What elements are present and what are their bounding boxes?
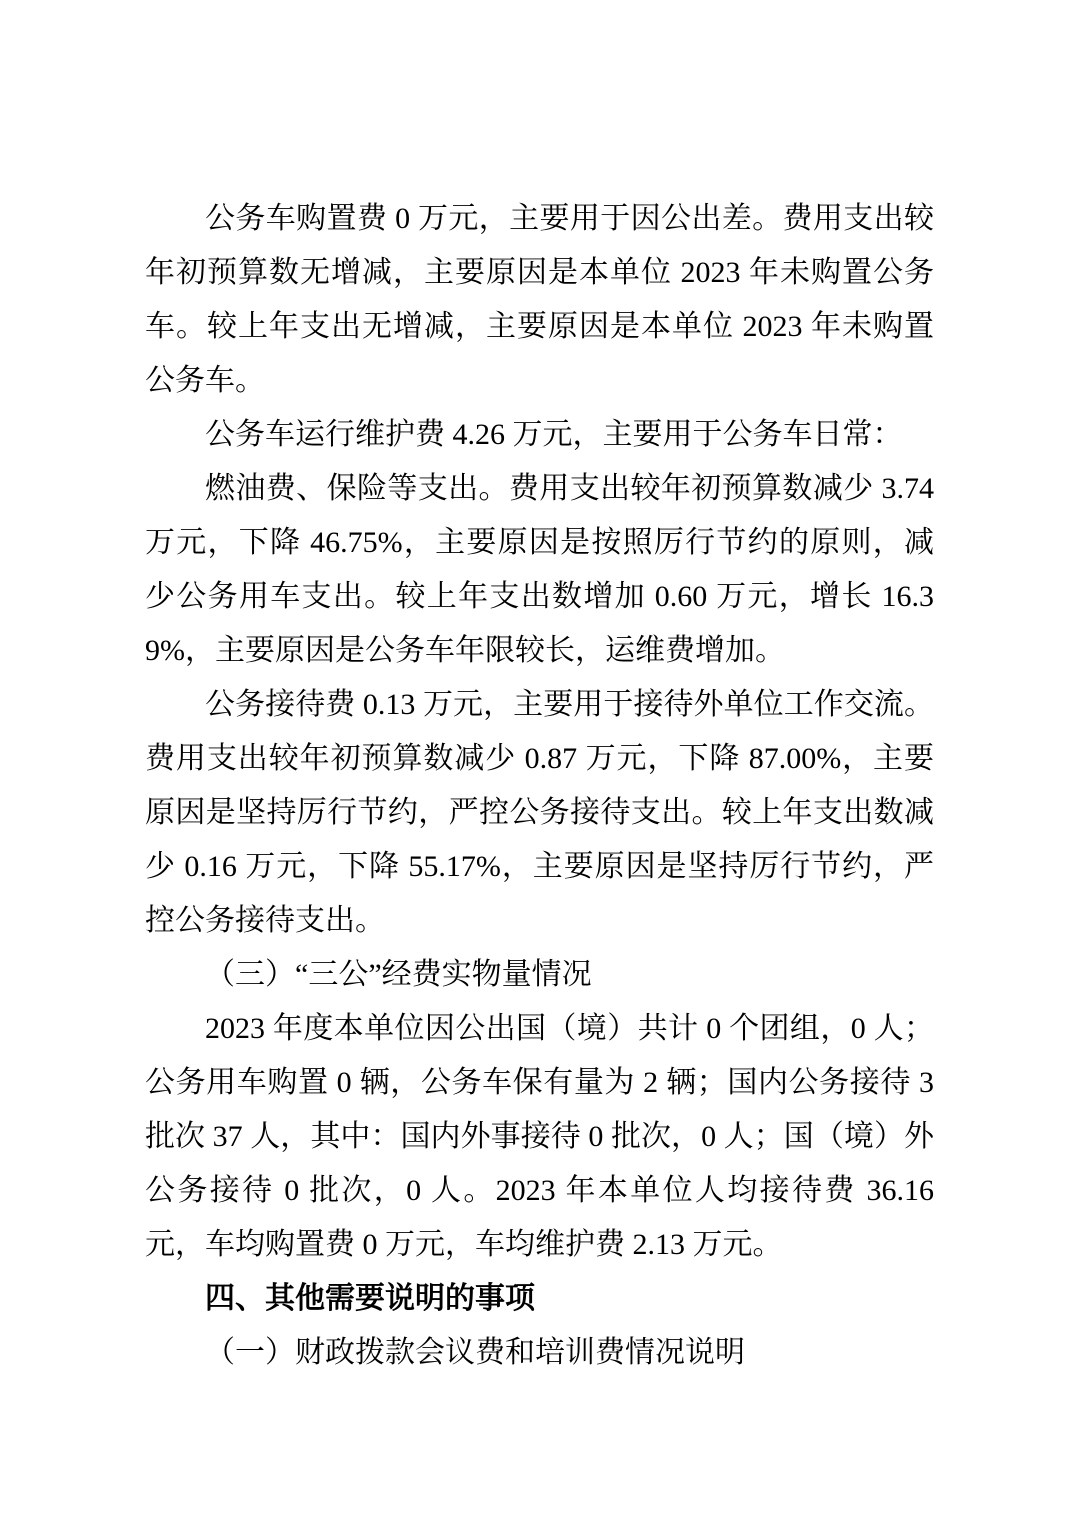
heading-meeting-training-fee-note: （一）财政拨款会议费和培训费情况说明 — [145, 1326, 934, 1380]
paragraph-physical-quantity-detail: 2023 年度本单位因公出国（境）共计 0 个团组，0 人；公务用车购置 0 辆… — [145, 1002, 934, 1272]
paragraph-official-car-purchase-fee: 公务车购置费 0 万元，主要用于因公出差。费用支出较年初预算数无增减，主要原因是… — [145, 192, 934, 408]
heading-other-matters: 四、其他需要说明的事项 — [145, 1272, 934, 1326]
document-content: 公务车购置费 0 万元，主要用于因公出差。费用支出较年初预算数无增减，主要原因是… — [145, 192, 934, 1380]
paragraph-car-maintenance-detail: 燃油费、保险等支出。费用支出较年初预算数减少 3.74 万元，下降 46.75%… — [145, 462, 934, 678]
paragraph-car-operation-maintenance-fee: 公务车运行维护费 4.26 万元，主要用于公务车日常： — [145, 408, 934, 462]
paragraph-official-reception-fee: 公务接待费 0.13 万元，主要用于接待外单位工作交流。费用支出较年初预算数减少… — [145, 678, 934, 948]
document-page: 公务车购置费 0 万元，主要用于因公出差。费用支出较年初预算数无增减，主要原因是… — [0, 0, 1074, 1520]
heading-three-public-funds-physical-quantity: （三）“三公”经费实物量情况 — [145, 948, 934, 1002]
